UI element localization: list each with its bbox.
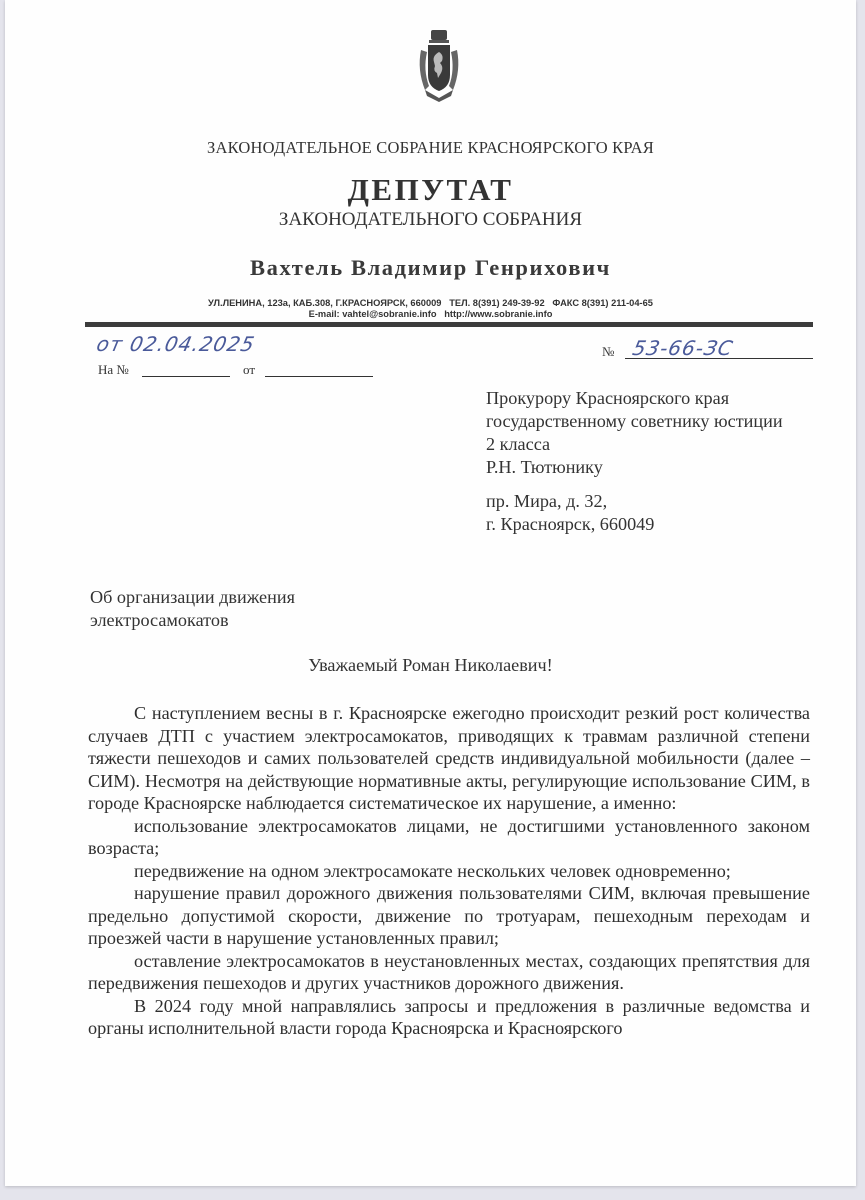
- salutation: Уважаемый Роман Николаевич!: [5, 655, 856, 676]
- violation-item: нарушение правил дорожного движения поль…: [88, 882, 810, 950]
- deputy-subtitle: ЗАКОНОДАТЕЛЬНОГО СОБРАНИЯ: [5, 209, 856, 231]
- contacts-email-line: E-mail: vahtel@sobranie.info http://www.…: [5, 309, 856, 320]
- addressee-line: Р.Н. Тютюнику: [486, 456, 783, 479]
- letter-subject: Об организации движения электросамокатов: [90, 586, 295, 632]
- addressee-block: Прокурору Красноярского края государстве…: [486, 387, 783, 479]
- contacts-block: УЛ.ЛЕНИНА, 123а, КАБ.308, Г.КРАСНОЯРСК, …: [5, 298, 856, 320]
- reply-to-date-label: от: [243, 362, 255, 378]
- addressee-address: пр. Мира, д. 32, г. Красноярск, 660049: [486, 490, 654, 536]
- letter-body: С наступлением весны в г. Красноярске еж…: [88, 702, 810, 1040]
- deputy-title: ДЕПУТАТ: [5, 172, 856, 208]
- handwritten-registration-number: 53-66-ЗС: [630, 336, 735, 360]
- organization-name: ЗАКОНОДАТЕЛЬНОЕ СОБРАНИЕ КРАСНОЯРСКОГО К…: [5, 138, 856, 158]
- body-paragraph: С наступлением весны в г. Красноярске еж…: [88, 702, 810, 815]
- subject-line: электросамокатов: [90, 609, 295, 632]
- violation-item: использование электросамокатов лицами, н…: [88, 815, 810, 860]
- handwritten-date: от 02.04.2025: [94, 332, 257, 356]
- addressee-line: 2 класса: [486, 433, 783, 456]
- coat-of-arms-icon: [417, 28, 461, 104]
- reply-to-number-label: На №: [98, 362, 129, 378]
- contacts-address-line: УЛ.ЛЕНИНА, 123а, КАБ.308, Г.КРАСНОЯРСК, …: [5, 298, 856, 309]
- violation-item: оставление электросамокатов в неустановл…: [88, 950, 810, 995]
- document-page: ЗАКОНОДАТЕЛЬНОЕ СОБРАНИЕ КРАСНОЯРСКОГО К…: [5, 0, 856, 1186]
- violation-item: передвижение на одном электросамокате не…: [88, 860, 810, 883]
- addressee-line: Прокурору Красноярского края: [486, 387, 783, 410]
- addressee-line: государственному советнику юстиции: [486, 410, 783, 433]
- reply-to-number-blank: [142, 376, 230, 377]
- subject-line: Об организации движения: [90, 586, 295, 609]
- body-paragraph: В 2024 году мной направлялись запросы и …: [88, 995, 810, 1040]
- deputy-name: Вахтель Владимир Генрихович: [5, 255, 856, 281]
- registration-number-label: №: [602, 344, 614, 360]
- reply-to-date-blank: [265, 376, 373, 377]
- header-divider: [85, 322, 813, 327]
- address-line: пр. Мира, д. 32,: [486, 490, 654, 513]
- address-line: г. Красноярск, 660049: [486, 513, 654, 536]
